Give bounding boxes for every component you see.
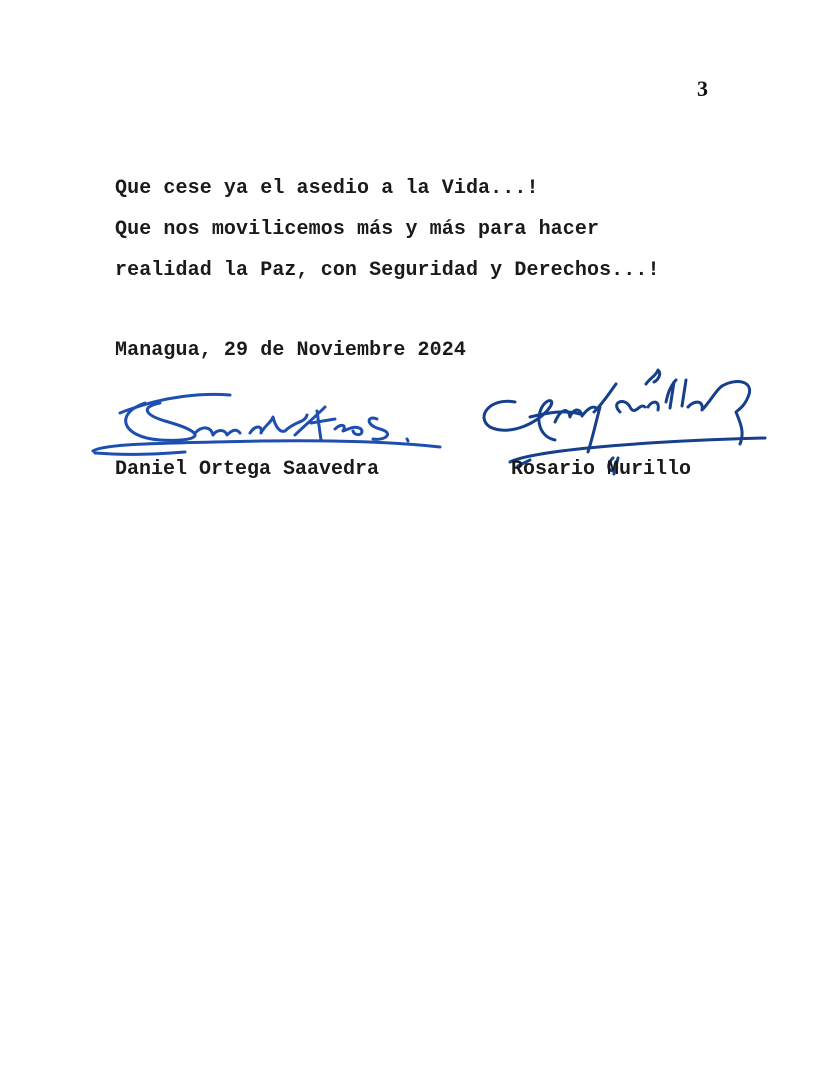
signatory-name-left: Daniel Ortega Saavedra <box>115 458 379 481</box>
paragraph-line-2: Que nos movilicemos más y más para hacer <box>115 218 599 241</box>
page-number: 3 <box>697 76 708 102</box>
paragraph-line-1: Que cese ya el asedio a la Vida...! <box>115 177 539 200</box>
place-date: Managua, 29 de Noviembre 2024 <box>115 339 466 362</box>
signature-left-icon <box>85 385 450 460</box>
signatory-name-right: Rosario Murillo <box>511 458 691 481</box>
paragraph-line-3: realidad la Paz, con Seguridad y Derecho… <box>115 259 660 282</box>
